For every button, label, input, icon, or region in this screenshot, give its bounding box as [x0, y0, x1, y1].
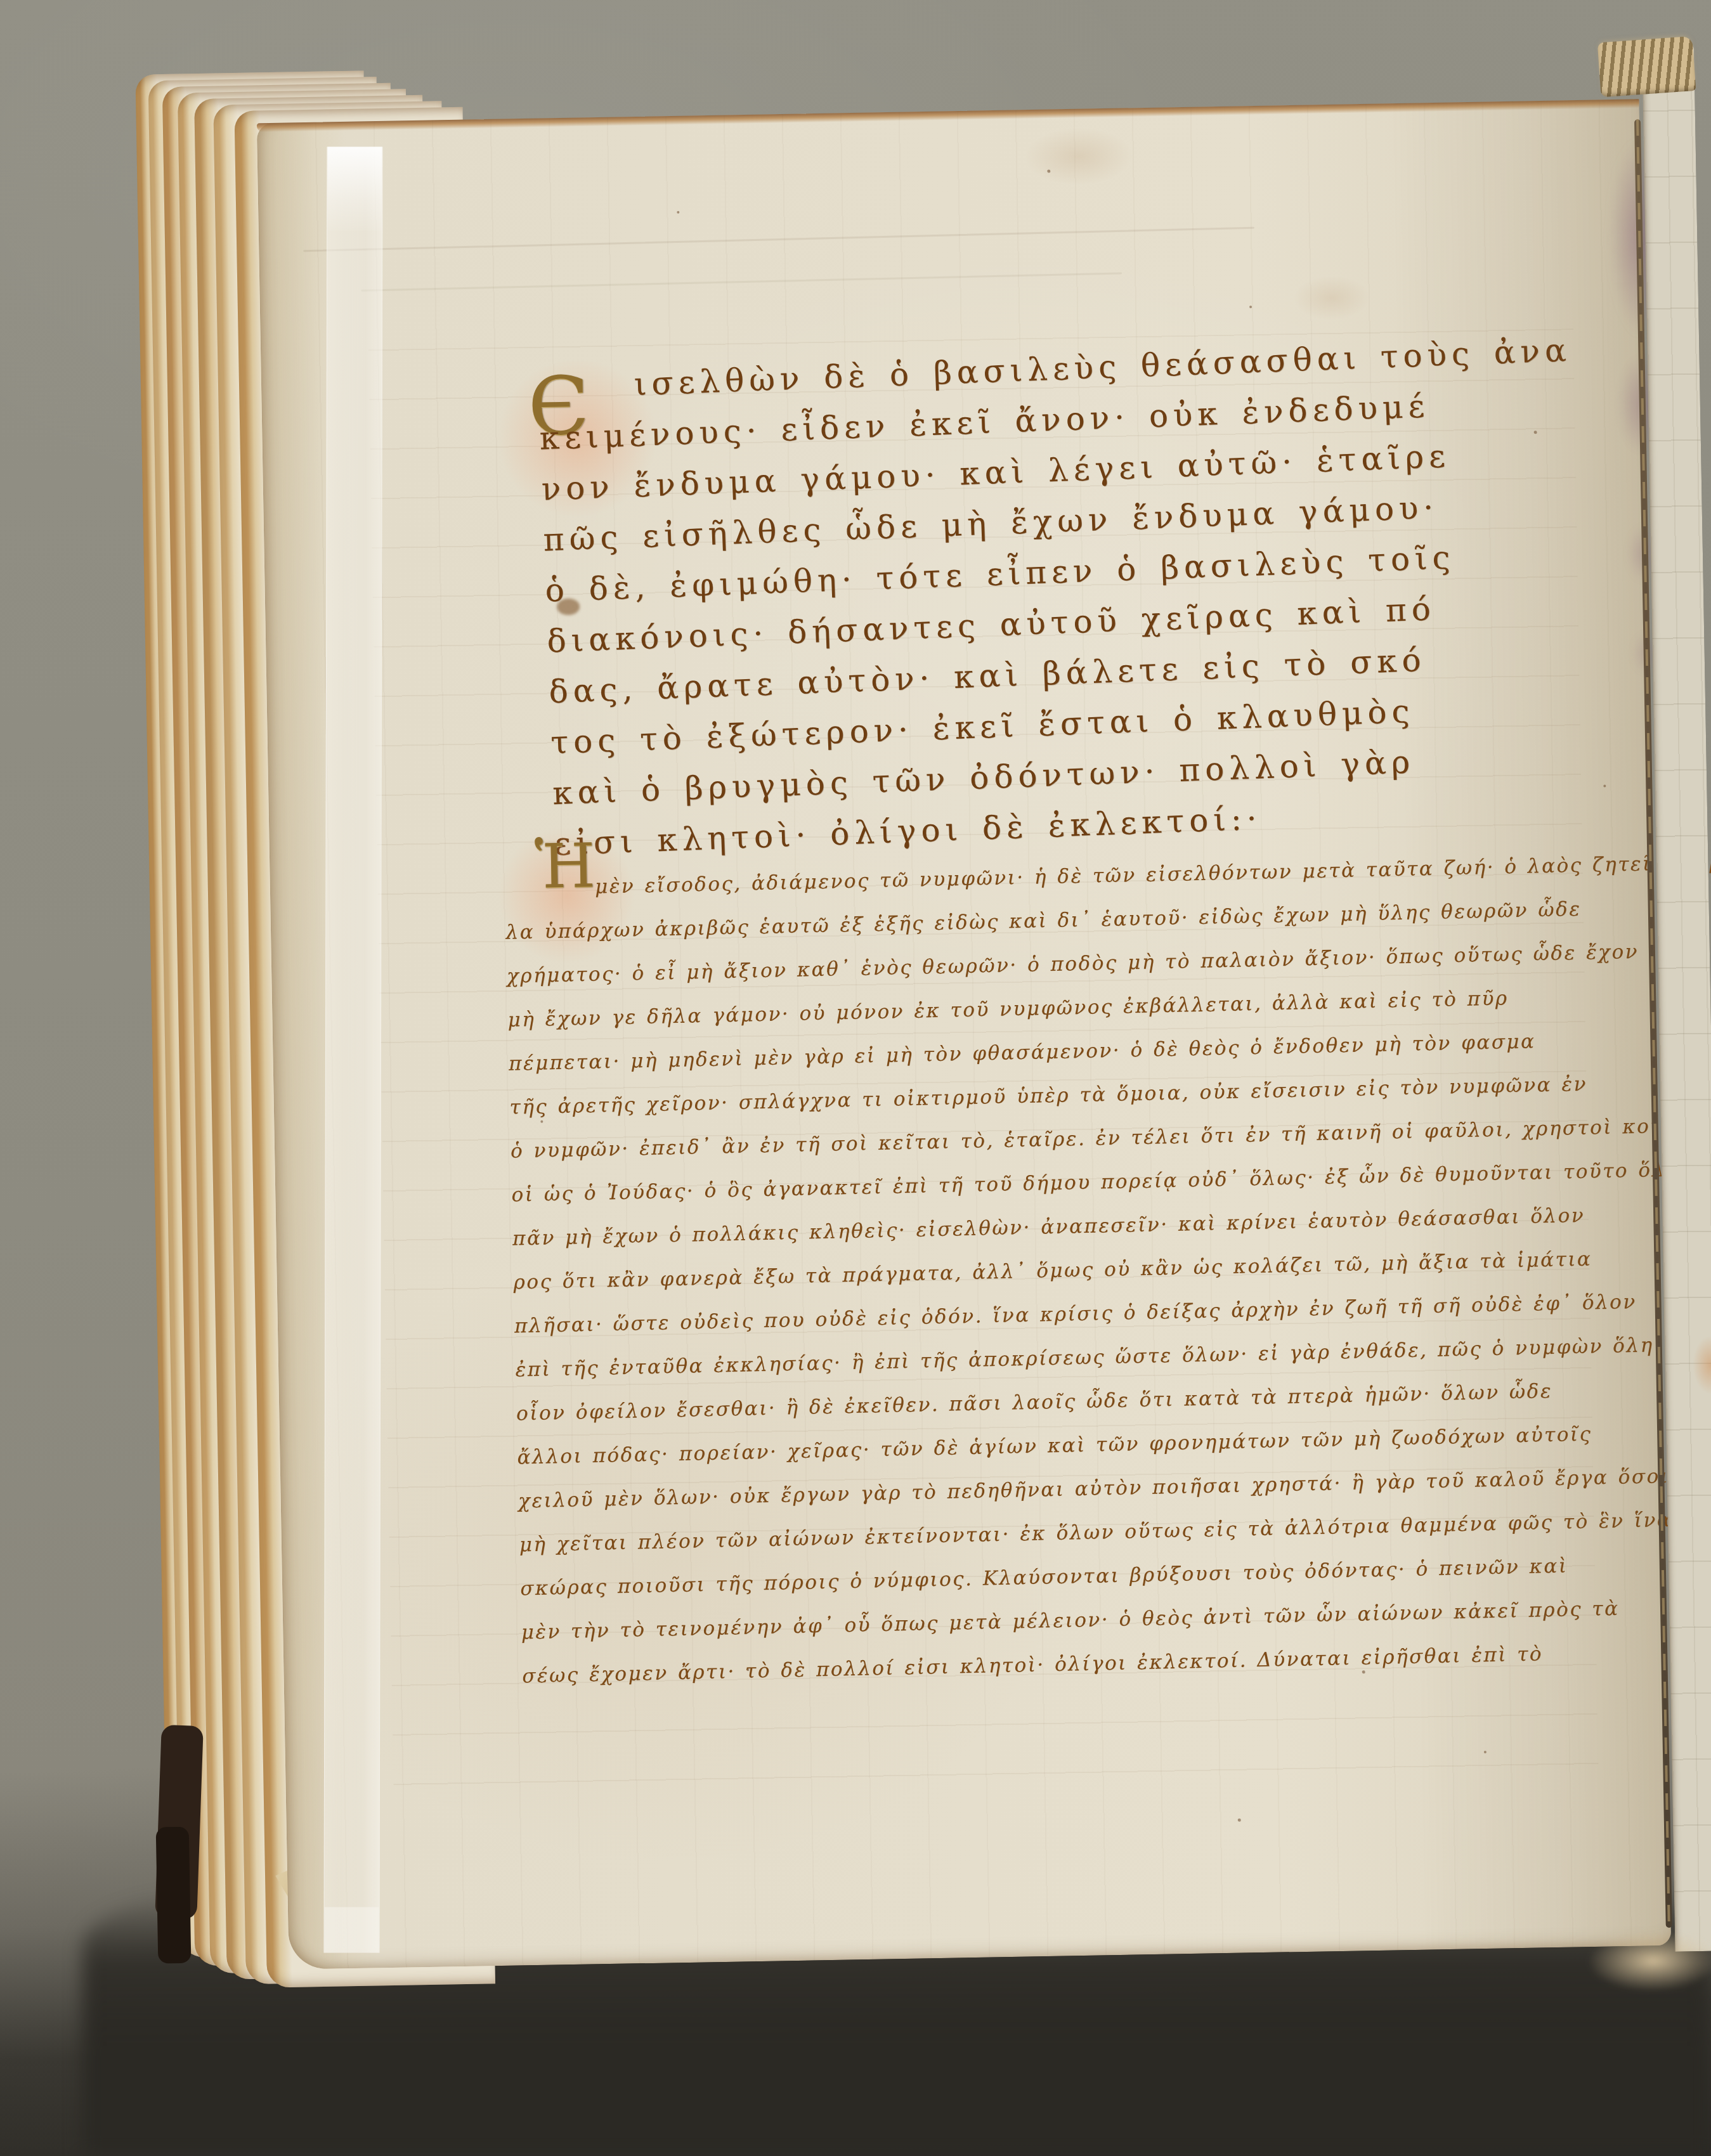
- speck: [1238, 1819, 1241, 1822]
- commentary-line: ἄλλοι πόδας· πορείαν· χεῖρας· τῶν δὲ ἁγί…: [517, 1408, 1711, 1479]
- initial-halo: [497, 357, 658, 518]
- commentary-line: μὲν τὴν τὸ τεινομένην ἀφ᾽ οὗ ὅπως μετὰ μ…: [521, 1583, 1711, 1654]
- commentary-line: μὴ ἔχων γε δῆλα γάμον· οὐ μόνον ἐκ τοῦ ν…: [507, 971, 1711, 1042]
- commentary-line: μὲν εἴσοδος, ἀδιάμενος τῶ νυμφῶνι· ἡ δὲ …: [504, 840, 1711, 911]
- parchment-crease: [361, 272, 1122, 291]
- photograph-background: Є ισελθὼν δὲ ὁ βασιλεὺς θεάσασθαι τοὺς ἀ…: [0, 0, 1711, 2156]
- gospel-line: πῶς εἰσῆλθες ὧδε μὴ ἔχων ἔνδυμα γάμου·: [542, 477, 1578, 566]
- speck: [1047, 170, 1050, 173]
- gospel-line: ισελθὼν δὲ ὁ βασιλεὺς θεάσασθαι τοὺς ἀνα: [537, 325, 1572, 413]
- commentary-line: πᾶν μὴ ἔχων ὁ πολλάκις κληθεὶς· εἰσελθὼν…: [512, 1190, 1711, 1261]
- commentary-line: χειλοῦ μὲν ὅλων· οὐκ ἔργων γὰρ τὸ πεδηθῆ…: [517, 1452, 1711, 1523]
- commentary-line: σκώρας ποιοῦσι τῆς πόροις ὁ νύμφιος. Κλα…: [519, 1540, 1711, 1611]
- commentary-line: οἱ ὡς ὁ Ἰούδας· ὁ ὃς ἀγανακτεῖ ἐπὶ τῆ το…: [511, 1146, 1711, 1217]
- gospel-line: διακόνοις· δήσαντες αὐτοῦ χεῖρας καὶ πό: [546, 578, 1582, 667]
- commentary-line: ἐπὶ τῆς ἐνταῦθα ἐκκλησίας· ἢ ἐπὶ τῆς ἀπο…: [515, 1321, 1711, 1392]
- endband-head: [1597, 36, 1696, 97]
- parchment-crease: [303, 227, 1254, 252]
- gold-initial-epsilon: Є: [528, 366, 590, 447]
- speck: [1534, 431, 1537, 434]
- commentary-line: ρος ὅτι κἂν φανερὰ ἔξω τὰ πράγματα, ἀλλ᾽…: [513, 1233, 1711, 1304]
- commentary-line: ὁ νυμφῶν· ἐπειδ᾽ ἂν ἐν τῆ σοὶ κεῖται τὸ,…: [510, 1102, 1711, 1173]
- gospel-line: ὁ δὲ, ἐφιμώθη· τότε εἶπεν ὁ βασιλεὺς τοῖ…: [544, 528, 1580, 616]
- speck: [1249, 306, 1252, 308]
- rust-stain: [1693, 1335, 1711, 1394]
- gold-initial-eta: Ἡ: [534, 835, 595, 897]
- commentary-line: πλῆσαι· ὥστε οὐδεὶς που οὐδὲ εἰς ὁδόν. ἵ…: [514, 1277, 1711, 1348]
- leather-cover-corner-dark: [156, 1827, 192, 1964]
- commentary-line: χρήματος· ὁ εἶ μὴ ἄξιον καθ᾽ ἑνὸς θεωρῶν…: [506, 927, 1711, 998]
- endband-tail-fray: [1587, 1930, 1711, 1993]
- speck: [540, 1120, 543, 1123]
- gospel-line: τος τὸ ἐξώτερον· ἐκεῖ ἔσται ὁ κλαυθμὸς: [550, 680, 1585, 769]
- gospel-line: κειμένους· εἶδεν ἐκεῖ ἄνον· οὐκ ἐνδεδυμέ: [538, 375, 1574, 464]
- initial-halo: [497, 826, 636, 964]
- gospel-line: δας, ἄρατε αὐτὸν· καὶ βάλετε εἰς τὸ σκό: [548, 629, 1584, 718]
- speck: [1362, 1670, 1365, 1673]
- commentary-line: λα ὑπάρχων ἀκριβῶς ἑαυτῶ ἐξ ἑξῆς εἰδὼς κ…: [505, 883, 1711, 954]
- speck: [677, 211, 679, 214]
- speck: [1484, 1751, 1487, 1753]
- commentary-line: πέμπεται· μὴ μηδενὶ μὲν γὰρ εἰ μὴ τὸν φθ…: [508, 1015, 1711, 1086]
- commentary-line: σέως ἔχομεν ἄρτι· τὸ δὲ πολλοί εἰσι κλητ…: [521, 1627, 1711, 1698]
- conservation-tape-strip: [323, 146, 382, 1952]
- stain: [1293, 275, 1370, 321]
- ink-smudge: [557, 599, 580, 616]
- commentary-line: μὴ χεῖται πλέον τῶν αἰώνων ἐκτείνονται· …: [519, 1496, 1711, 1567]
- stain: [1024, 127, 1133, 186]
- commentary-text-block: μὲν εἴσοδος, ἀδιάμενος τῶ νυμφῶνι· ἡ δὲ …: [504, 840, 1711, 1698]
- ruling-lines: [368, 328, 1599, 1827]
- gospel-text-block: ισελθὼν δὲ ὁ βασιλεὺς θεάσασθαι τοὺς ἀνα…: [537, 325, 1589, 869]
- gospel-line: νον ἔνδυμα γάμου· καὶ λέγει αὐτῶ· ἑταῖρε: [540, 426, 1576, 515]
- commentary-line: οἷον ὀφείλον ἔσεσθαι· ἢ δὲ ἐκεῖθεν. πᾶσι…: [516, 1365, 1711, 1436]
- speck: [1603, 784, 1606, 787]
- gospel-line: καὶ ὁ βρυγμὸς τῶν ὀδόντων· πολλοὶ γὰρ: [552, 731, 1587, 819]
- manuscript-page: Є ισελθὼν δὲ ὁ βασιλεὺς θεάσασθαι τοὺς ἀ…: [257, 99, 1671, 1970]
- open-codex: Є ισελθὼν δὲ ὁ βασιλεὺς θεάσασθαι τοὺς ἀ…: [136, 81, 1711, 1985]
- speck: [746, 1668, 749, 1671]
- commentary-line: τῆς ἀρετῆς χεῖρον· σπλάγχνα τι οἰκτιρμοῦ…: [509, 1058, 1711, 1129]
- gospel-line: εἰσι κλητοὶ· ὀλίγοι δὲ ἐκλεκτοί:·: [554, 781, 1589, 869]
